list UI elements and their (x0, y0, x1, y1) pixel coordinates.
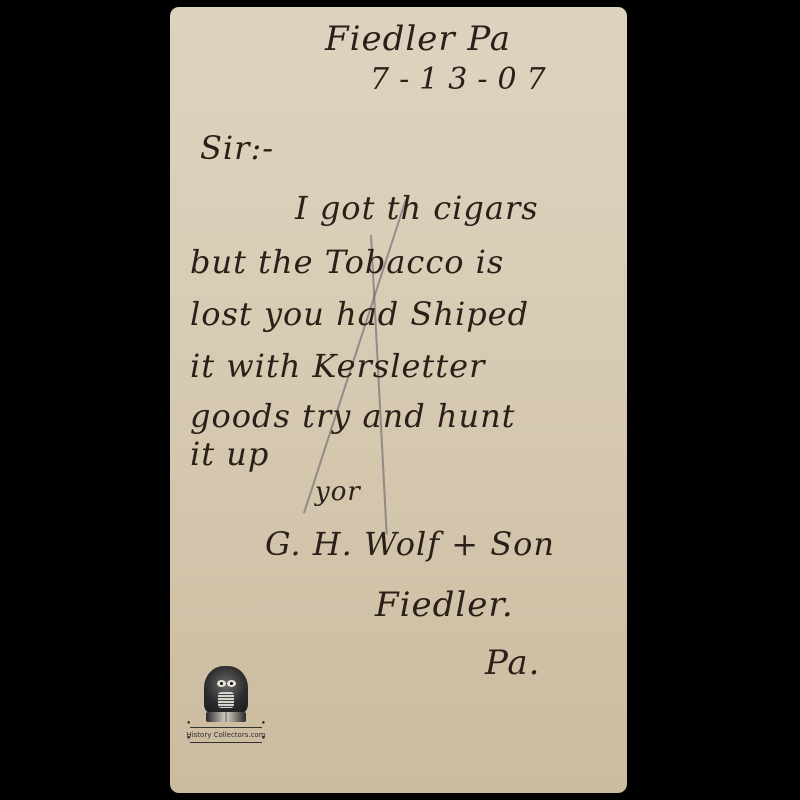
divider (190, 742, 262, 743)
header-place: Fiedler Pa (325, 19, 511, 59)
header-date: 7-13-07 (370, 62, 556, 97)
watermark-text: History Collectors.com (184, 731, 268, 739)
body-line-4: it with Kersletter (190, 347, 485, 385)
postcard: Fiedler Pa 7-13-07 Sir:- I got th cigars… (170, 7, 627, 793)
watermark-logo: History Collectors.com (184, 662, 268, 746)
body-line-6: it up (190, 435, 269, 473)
signature-line-3: Pa. (485, 643, 540, 683)
closing: yor (315, 477, 361, 507)
salutation: Sir:- (200, 129, 274, 167)
signature-line-1: G. H. Wolf + Son (265, 525, 555, 563)
body-line-1: I got th cigars (295, 189, 539, 227)
signature-line-2: Fiedler. (375, 585, 514, 625)
owl-on-book-icon (196, 662, 256, 724)
body-line-2: but the Tobacco is (190, 243, 504, 281)
divider (190, 727, 262, 728)
body-line-3: lost you had Shiped (190, 295, 529, 333)
body-line-5: goods try and hunt (190, 397, 516, 435)
